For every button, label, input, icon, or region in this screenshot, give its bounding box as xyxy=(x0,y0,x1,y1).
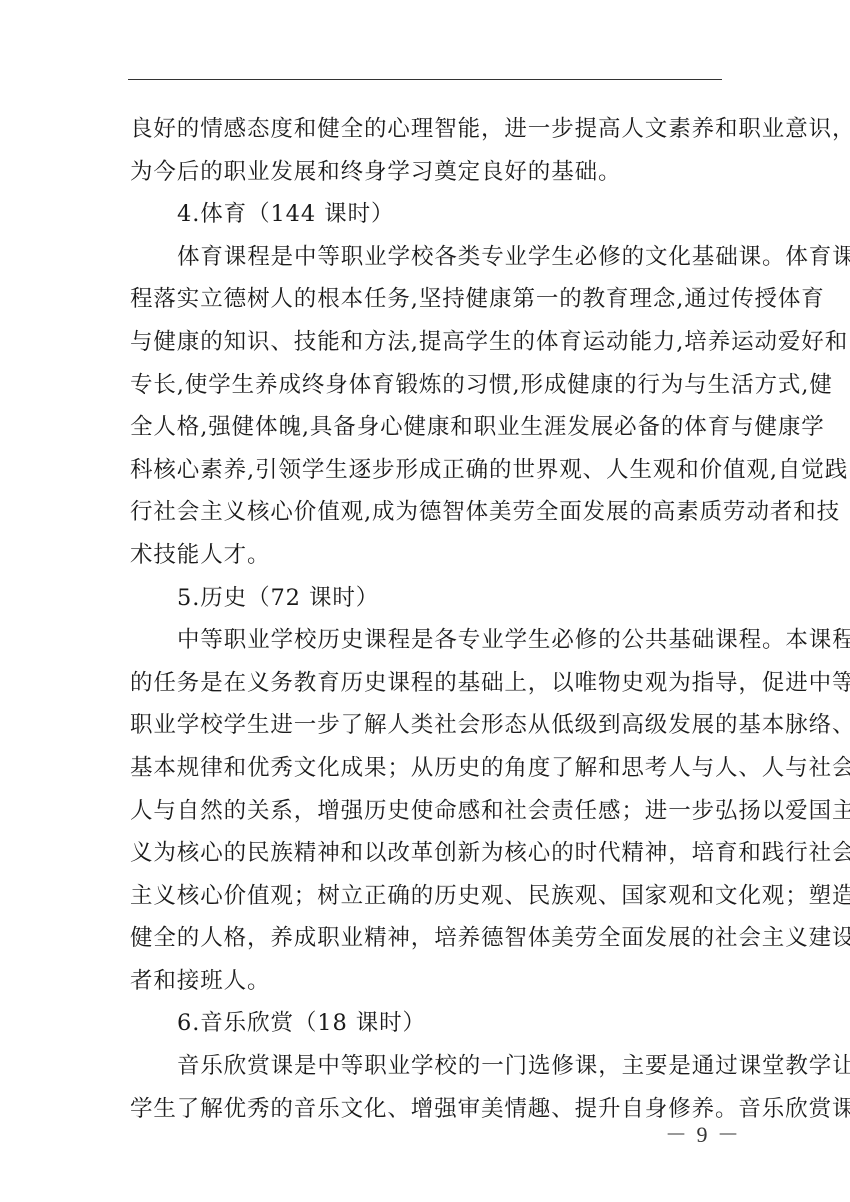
paragraph-line: 健全的人格，养成职业精神，培养德智体美劳全面发展的社会主义建设 xyxy=(130,917,722,960)
paragraph-line: 科核心素养,引领学生逐步形成正确的世界观、人生观和价值观,自觉践 xyxy=(130,449,722,492)
paragraph-line: 程落实立德树人的根本任务,坚持健康第一的教育理念,通过传授体育 xyxy=(130,278,722,321)
paragraph-line: 义为核心的民族精神和以改革创新为核心的时代精神，培育和践行社会 xyxy=(130,832,722,875)
paragraph-line: 中等职业学校历史课程是各专业学生必修的公共基础课程。本课程 xyxy=(130,619,722,662)
header-rule xyxy=(128,79,722,80)
section-heading-pe: 4.体育（144 课时） xyxy=(130,193,722,236)
paragraph-line: 为今后的职业发展和终身学习奠定良好的基础。 xyxy=(130,151,722,194)
paragraph-line: 主义核心价值观；树立正确的历史观、民族观、国家观和文化观；塑造 xyxy=(130,875,722,918)
paragraph-line: 人与自然的关系，增强历史使命感和社会责任感；进一步弘扬以爱国主 xyxy=(130,790,722,833)
section-heading-music: 6.音乐欣赏（18 课时） xyxy=(130,1002,722,1045)
paragraph-line: 行社会主义核心价值观,成为德智体美劳全面发展的高素质劳动者和技 xyxy=(130,491,722,534)
paragraph-line: 学生了解优秀的音乐文化、增强审美情趣、提升自身修养。音乐欣赏课 xyxy=(130,1088,722,1131)
paragraph-line: 基本规律和优秀文化成果；从历史的角度了解和思考人与人、人与社会、 xyxy=(130,747,722,790)
paragraph-line: 术技能人才。 xyxy=(130,534,722,577)
paragraph-line: 的任务是在义务教育历史课程的基础上，以唯物史观为指导，促进中等 xyxy=(130,662,722,705)
paragraph-line: 体育课程是中等职业学校各类专业学生必修的文化基础课。体育课 xyxy=(130,236,722,279)
document-body: 良好的情感态度和健全的心理智能，进一步提高人文素养和职业意识， 为今后的职业发展… xyxy=(130,108,722,1130)
paragraph-line: 良好的情感态度和健全的心理智能，进一步提高人文素养和职业意识， xyxy=(130,108,722,151)
paragraph-line: 职业学校学生进一步了解人类社会形态从低级到高级发展的基本脉络、 xyxy=(130,704,722,747)
paragraph-line: 音乐欣赏课是中等职业学校的一门选修课，主要是通过课堂教学让 xyxy=(130,1045,722,1088)
paragraph-line: 与健康的知识、技能和方法,提高学生的体育运动能力,培养运动爱好和 xyxy=(130,321,722,364)
paragraph-line: 专长,使学生养成终身体育锻炼的习惯,形成健康的行为与生活方式,健 xyxy=(130,364,722,407)
section-heading-history: 5.历史（72 课时） xyxy=(130,577,722,620)
paragraph-line: 全人格,强健体魄,具备身心健康和职业生涯发展必备的体育与健康学 xyxy=(130,406,722,449)
page-number: － 9 － xyxy=(665,1118,741,1149)
paragraph-line: 者和接班人。 xyxy=(130,960,722,1003)
